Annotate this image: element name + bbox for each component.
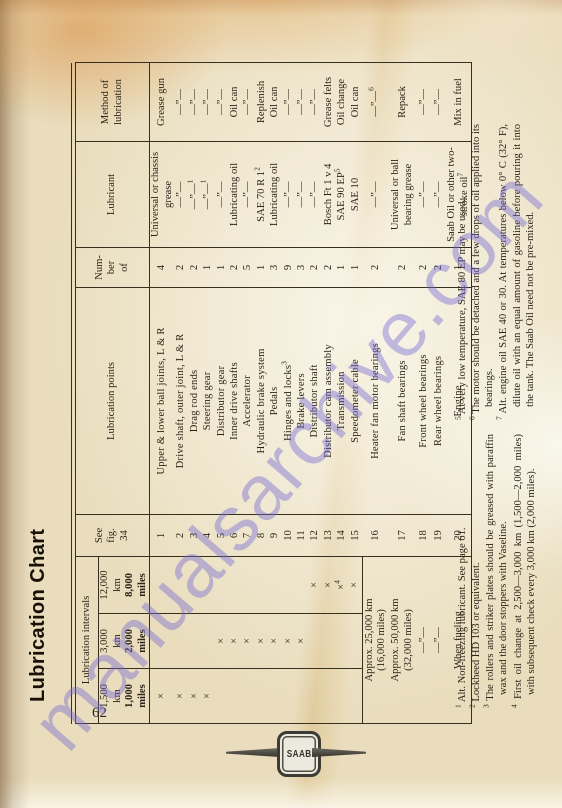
lubricant-cell: Universal or chassis grease — [150, 141, 176, 247]
lubricant-cell: SAE 70 R 12 — [255, 141, 268, 247]
number-of-cell: 2 — [309, 247, 322, 287]
fig-number-cell: 10 — [282, 514, 295, 556]
header-lubrication-points: Lubrication points — [76, 287, 150, 514]
header-lubricant: Lubricant — [76, 141, 150, 247]
lubrication-point-cell: Hinges and locks3 — [282, 287, 295, 514]
lubrication-point-cell: Accelerator — [242, 287, 255, 514]
interval-empty-cell — [269, 556, 282, 613]
interval-x-mark: ×4 — [336, 556, 349, 613]
interval-empty-cell — [229, 669, 242, 724]
interval-empty-cell — [336, 669, 349, 724]
interval-empty-cell — [150, 556, 176, 613]
lubrication-point-cell: Brake levers — [296, 287, 309, 514]
method-cell: Oil change — [336, 62, 349, 141]
method-cell: —”— — [296, 62, 309, 141]
lubrication-point-cell: Pedals — [269, 287, 282, 514]
fig-number-cell: 3 — [188, 514, 201, 556]
table-row: —”—19Rear wheel bearings2—”——”— — [431, 62, 446, 723]
fig-number-cell: 9 — [269, 514, 282, 556]
interval-empty-cell — [242, 556, 255, 613]
table-row: ×11Brake levers3—”——”— — [296, 62, 309, 723]
table-row: ×2Drive shaft, outer joint, L & R2—”——”— — [175, 62, 188, 723]
footnote: 1 Alt. Non-freezing lubricant. See page … — [456, 434, 469, 708]
interval-x-mark: × — [175, 669, 188, 724]
header-see-fig: See fig. 34 — [76, 514, 150, 556]
number-of-cell: 2 — [389, 247, 416, 287]
interval-empty-cell — [309, 614, 322, 669]
footnote: 4 First oil change at 2,500—3,000 km (1,… — [512, 434, 538, 708]
lubricant-cell: —”— — [431, 141, 446, 247]
interval-x-mark: × — [215, 614, 228, 669]
footnote: 3 The rollers and striker plates should … — [484, 434, 510, 708]
lubricant-cell: —”— — [282, 141, 295, 247]
interval-span-cell: —”— — [431, 556, 446, 723]
interval-span-cell: Approx. 50,000 km(32,000 miles) — [389, 556, 416, 723]
logo-left-wing-icon — [226, 748, 280, 757]
lubricant-cell: Bosch Ft 1 v 4 — [322, 141, 335, 247]
number-of-cell: 3 — [269, 247, 282, 287]
lubricant-cell: —”— — [215, 141, 228, 247]
number-of-cell: 2 — [362, 247, 389, 287]
fig-number-cell: 11 — [296, 514, 309, 556]
lubrication-chart-table: Lubrication intervals See fig. 34 Lubric… — [75, 62, 472, 724]
interval-empty-cell — [349, 614, 362, 669]
interval-span-cell: Approx. 25,000 km(16,000 miles) — [362, 556, 389, 723]
interval-empty-cell — [188, 614, 201, 669]
number-of-cell: 1 — [255, 247, 268, 287]
interval-x-mark: × — [282, 614, 295, 669]
lubrication-point-cell: Steering gear — [202, 287, 215, 514]
lubrication-point-cell: Inner drive shafts — [229, 287, 242, 514]
fig-number-cell: 1 — [150, 514, 176, 556]
interval-empty-cell — [296, 556, 309, 613]
fig-number-cell: 7 — [242, 514, 255, 556]
interval-empty-cell — [269, 669, 282, 724]
table-row: ×414Transmission1SAE 90 EP5Oil change — [336, 62, 349, 723]
table-row: ×7Accelerator5—”——”— — [242, 62, 255, 723]
method-cell: Replenish — [255, 62, 268, 141]
lubricant-cell: Universal or ball bearing grease — [389, 141, 416, 247]
interval-x-mark: × — [255, 614, 268, 669]
number-of-cell: 2 — [188, 247, 201, 287]
lubrication-point-cell: Fan shaft bearings — [389, 287, 416, 514]
lubricant-cell: —”— — [175, 141, 188, 247]
interval-empty-cell — [255, 669, 268, 724]
method-cell: —”— — [242, 62, 255, 141]
footnotes-left-column: 1 Alt. Non-freezing lubricant. See page … — [456, 434, 539, 708]
number-of-cell: 2 — [175, 247, 188, 287]
interval-x-mark: × — [229, 614, 242, 669]
interval-x-mark: × — [349, 556, 362, 613]
table-row: ×5Distributor gear1—”——”— — [215, 62, 228, 723]
fig-number-cell: 18 — [416, 514, 431, 556]
header-method: Method of lubrication — [76, 62, 150, 141]
interval-x-mark: × — [188, 669, 201, 724]
number-of-cell: 1 — [202, 247, 215, 287]
table-row: ×4Steering gear1—”—1—”— — [202, 62, 215, 723]
number-of-cell: 2 — [431, 247, 446, 287]
method-cell: Grease felts — [322, 62, 335, 141]
interval-empty-cell — [242, 669, 255, 724]
method-cell: —”— — [215, 62, 228, 141]
fig-number-cell: 5 — [215, 514, 228, 556]
interval-span-cell: —”— — [416, 556, 431, 723]
number-of-cell: 1 — [349, 247, 362, 287]
lubrication-point-cell: Heater fan motor bearings — [362, 287, 389, 514]
lubricant-cell: SAE 10 — [349, 141, 362, 247]
interval-empty-cell — [282, 669, 295, 724]
interval-empty-cell — [215, 669, 228, 724]
fig-number-cell: 8 — [255, 514, 268, 556]
number-of-cell: 3 — [296, 247, 309, 287]
method-cell: —”— — [282, 62, 295, 141]
method-cell: Oil can — [269, 62, 282, 141]
interval-empty-cell — [282, 556, 295, 613]
interval-empty-cell — [202, 556, 215, 613]
method-cell: Grease gun — [150, 62, 176, 141]
table-row: ×13Distributor cam assembly2Bosch Ft 1 v… — [322, 62, 335, 723]
header-interval-col: 12,000km8,000miles — [99, 556, 150, 613]
fig-number-cell: 15 — [349, 514, 362, 556]
saab-badge-text: SAAB — [287, 749, 312, 760]
header-lubrication-intervals: Lubrication intervals — [76, 556, 99, 723]
interval-empty-cell — [255, 556, 268, 613]
saab-logo: SAAB — [226, 731, 366, 781]
interval-empty-cell — [322, 669, 335, 724]
lubrication-point-cell: Distributor cam assembly — [322, 287, 335, 514]
interval-x-mark: × — [242, 614, 255, 669]
table-row: —”—18Front wheel bearings2—”——”— — [416, 62, 431, 723]
fig-number-cell: 2 — [175, 514, 188, 556]
method-cell: —”— — [431, 62, 446, 141]
method-cell: —”— — [202, 62, 215, 141]
footnote: 6 The motor should be detached and a few… — [470, 124, 496, 420]
table-row: ×6Inner drive shafts2Lubricating oilOil … — [229, 62, 242, 723]
table-row: ×8Hydraulic brake system1SAE 70 R 12Repl… — [255, 62, 268, 723]
table-row: ×9Pedals3Lubricating oilOil can — [269, 62, 282, 723]
fig-number-cell: 12 — [309, 514, 322, 556]
number-of-cell: 2 — [416, 247, 431, 287]
interval-empty-cell — [336, 614, 349, 669]
footnote: 2 Lockheed HD 103 or equivalent. — [470, 434, 483, 708]
interval-empty-cell — [296, 669, 309, 724]
table-row: ×10Hinges and locks39—”——”— — [282, 62, 295, 723]
lubrication-point-cell: Drag rod ends — [188, 287, 201, 514]
interval-empty-cell — [175, 556, 188, 613]
interval-empty-cell — [349, 669, 362, 724]
number-of-cell: 4 — [150, 247, 176, 287]
interval-x-mark: × — [296, 614, 309, 669]
header-interval-col: 3,000km2,000miles — [99, 614, 150, 669]
table-top-rule — [71, 63, 72, 724]
interval-empty-cell — [175, 614, 188, 669]
table-row: ×3Drag rod ends2—”—1—”— — [188, 62, 201, 723]
lubrication-point-cell: Transmission — [336, 287, 349, 514]
lubricant-cell: —”— — [362, 141, 389, 247]
method-cell: —”— — [175, 62, 188, 141]
fig-number-cell: 16 — [362, 514, 389, 556]
logo-right-wing-icon — [312, 748, 366, 757]
interval-x-mark: × — [322, 556, 335, 613]
table-row: ×1Upper & lower ball joints, L & R4Unive… — [150, 62, 176, 723]
number-of-cell: 1 — [215, 247, 228, 287]
method-cell: Oil can — [349, 62, 362, 141]
page-title: Lubrication Chart — [28, 529, 48, 702]
table-row: ×12Distributor shaft2—”——”— — [309, 62, 322, 723]
method-cell: —”—6 — [362, 62, 389, 141]
lubricant-cell: Lubricating oil — [269, 141, 282, 247]
interval-x-mark: × — [309, 556, 322, 613]
interval-empty-cell — [322, 614, 335, 669]
footnote: 5 At very low temperature, SAE 80 EP may… — [456, 124, 469, 420]
interval-empty-cell — [202, 614, 215, 669]
lubricant-cell: —”— — [309, 141, 322, 247]
page-number: 62 — [92, 705, 107, 722]
table-row: ×15Speedometer cable1SAE 10Oil can — [349, 62, 362, 723]
lubricant-cell: —”— — [296, 141, 309, 247]
interval-empty-cell — [215, 556, 228, 613]
lubrication-point-cell: Speedometer cable — [349, 287, 362, 514]
method-cell: —”— — [188, 62, 201, 141]
lubricant-cell: —”—1 — [188, 141, 201, 247]
method-cell: —”— — [416, 62, 431, 141]
interval-empty-cell — [229, 556, 242, 613]
table-row: Approx. 50,000 km(32,000 miles)17Fan sha… — [389, 62, 416, 723]
lubrication-point-cell: Rear wheel bearings — [431, 287, 446, 514]
number-of-cell: 5 — [242, 247, 255, 287]
fig-number-cell: 19 — [431, 514, 446, 556]
table-row: Approx. 25,000 km(16,000 miles)16Heater … — [362, 62, 389, 723]
number-of-cell: 2 — [229, 247, 242, 287]
fig-number-cell: 17 — [389, 514, 416, 556]
method-cell: Oil can — [229, 62, 242, 141]
interval-empty-cell — [150, 614, 176, 669]
interval-empty-cell — [309, 669, 322, 724]
fig-number-cell: 6 — [229, 514, 242, 556]
footnotes-right-column: 5 At very low temperature, SAE 80 EP may… — [456, 124, 538, 420]
number-of-cell: 2 — [322, 247, 335, 287]
lubricant-cell: Lubricating oil — [229, 141, 242, 247]
lubricant-cell: SAE 90 EP5 — [336, 141, 349, 247]
lubrication-point-cell: Upper & lower ball joints, L & R — [150, 287, 176, 514]
method-cell: Repack — [389, 62, 416, 141]
fig-number-cell: 4 — [202, 514, 215, 556]
method-cell: —”— — [309, 62, 322, 141]
header-number-of: Num- ber of — [76, 247, 150, 287]
lubricant-cell: —”—1 — [202, 141, 215, 247]
footnote: 7 Alt. engine oil SAE 40 or 30. At tempe… — [497, 124, 536, 420]
lubrication-point-cell: Distributor gear — [215, 287, 228, 514]
lubrication-point-cell: Hydraulic brake system — [255, 287, 268, 514]
lubrication-point-cell: Front wheel bearings — [416, 287, 431, 514]
interval-x-mark: × — [269, 614, 282, 669]
number-of-cell: 9 — [282, 247, 295, 287]
lubricant-cell: —”— — [242, 141, 255, 247]
manual-page: Lubrication Chart Lubrication intervals … — [0, 0, 562, 808]
lubrication-point-cell: Distributor shaft — [309, 287, 322, 514]
rotated-chart-area: Lubrication Chart Lubrication intervals … — [4, 8, 556, 798]
fig-number-cell: 14 — [336, 514, 349, 556]
interval-x-mark: × — [202, 669, 215, 724]
number-of-cell: 1 — [336, 247, 349, 287]
interval-empty-cell — [188, 556, 201, 613]
interval-x-mark: × — [150, 669, 176, 724]
lubricant-cell: —”— — [416, 141, 431, 247]
lubrication-point-cell: Drive shaft, outer joint, L & R — [175, 287, 188, 514]
fig-number-cell: 13 — [322, 514, 335, 556]
